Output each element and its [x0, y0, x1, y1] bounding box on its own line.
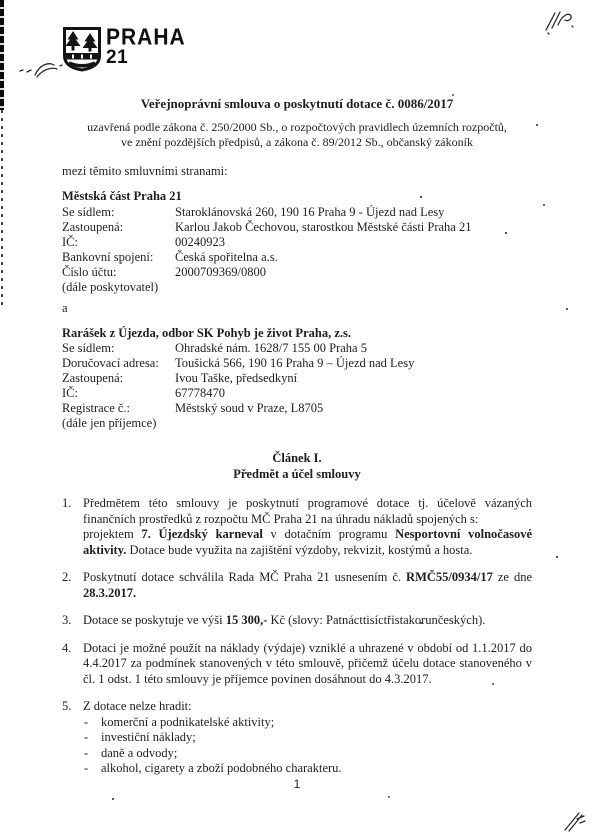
clause-text: Dotaci je možné použít na náklady (výdaj… [83, 641, 532, 688]
document-title: Veřejnoprávní smlouva o poskytnutí dotac… [62, 96, 532, 112]
field-label: Doručovací adresa: [62, 356, 175, 371]
party-detail-row: Se sídlem:Staroklánovská 260, 190 16 Pra… [62, 205, 532, 220]
clause-number: 3. [62, 613, 83, 629]
scanner-edge-artifact-dots [1, 110, 3, 310]
handwritten-mark-top-right-icon [536, 4, 580, 36]
party-detail-row: IČ:00240923 [62, 235, 532, 250]
clause-3: 3. Dotace se poskytuje ve výši 15 300,- … [62, 613, 532, 629]
bullet-dash: - [83, 761, 101, 777]
clause-5: 5. Z dotace nelze hradit: -komerční a po… [62, 699, 532, 777]
field-label: Se sídlem: [62, 205, 175, 220]
field-value: Karlou Jakob Čechovou, starostkou Městsk… [175, 220, 532, 235]
party-detail-row: Bankovní spojení:Česká spořitelna a.s. [62, 250, 532, 265]
between-parties-line: mezi těmito smluvními stranami: [62, 164, 532, 180]
field-value: 67778470 [175, 386, 532, 401]
bullet-item: -investiční náklady; [83, 730, 532, 746]
clause-number: 1. [62, 496, 83, 558]
clause-number: 4. [62, 641, 83, 688]
field-value: Staroklánovská 260, 190 16 Praha 9 - Úje… [175, 205, 532, 220]
bullet-item: -komerční a podnikatelské aktivity; [83, 715, 532, 731]
scanned-contract-page: PRAHA 21 Veřejnoprávní smlouva o poskytn… [0, 0, 594, 840]
bullet-dash: - [83, 715, 101, 731]
clause-text: Předmětem této smlouvy je poskytnutí pro… [83, 496, 532, 558]
clause-text: Dotace se poskytuje ve výši 15 300,- Kč … [83, 613, 532, 629]
logo-text-praha: PRAHA [106, 27, 186, 49]
conjunction-a: a [62, 301, 532, 316]
praha21-logo: PRAHA 21 [62, 0, 532, 76]
field-value: Toušická 566, 190 16 Praha 9 – Újezd nad… [175, 356, 532, 371]
party-detail-row: Doručovací adresa:Toušická 566, 190 16 P… [62, 356, 532, 371]
field-label: Zastoupená: [62, 220, 175, 235]
clause-text: Poskytnutí dotace schválila Rada MČ Prah… [83, 570, 532, 601]
logo-wordmark: PRAHA 21 [106, 28, 186, 67]
numbered-clauses: 1. Předmětem této smlouvy je poskytnutí … [62, 496, 532, 777]
article-number: Článek I. [272, 451, 321, 465]
field-value: 2000709369/0800 [175, 265, 532, 280]
field-label: Bankovní spojení: [62, 250, 175, 265]
party-detail-row: Registrace č.:Městský soud v Praze, L870… [62, 401, 532, 416]
party-detail-row: Se sídlem:Ohradské nám. 1628/7 155 00 Pr… [62, 341, 532, 356]
handwritten-mark-left-icon [16, 56, 68, 84]
field-label: Číslo účtu: [62, 265, 175, 280]
party-detail-row: Zastoupená:Karlou Jakob Čechovou, staros… [62, 220, 532, 235]
field-value: 00240923 [175, 235, 532, 250]
party-detail-row: Zastoupená:Ivou Taške, předsedkyní [62, 371, 532, 386]
field-label: Zastoupená: [62, 371, 175, 386]
clause-5-intro: Z dotace nelze hradit: [83, 699, 532, 715]
scanner-edge-artifact [0, 0, 4, 110]
article-heading: Článek I. Předmět a účel smlouvy [62, 451, 532, 482]
scan-noise-specks [0, 0, 2, 2]
party-detail-row: IČ:67778470 [62, 386, 532, 401]
party-detail-row: Číslo účtu:2000709369/0800 [62, 265, 532, 280]
field-value: Ohradské nám. 1628/7 155 00 Praha 5 [175, 341, 532, 356]
preamble-line-1: uzavřená podle zákona č. 250/2000 Sb., o… [87, 120, 507, 134]
field-label: Se sídlem: [62, 341, 175, 356]
party-recipient-alias: (dále jen příjemce) [62, 416, 532, 431]
field-label: IČ: [62, 235, 175, 250]
field-label: Registrace č.: [62, 401, 175, 416]
clause-2: 2. Poskytnutí dotace schválila Rada MČ P… [62, 570, 532, 601]
party-provider-name: Městská část Praha 21 [62, 189, 532, 205]
clause-number: 2. [62, 570, 83, 601]
party-recipient-block: Rarášek z Újezda, odbor SK Pohyb je živo… [62, 326, 532, 432]
page-number: 1 [0, 777, 594, 793]
field-value: Česká spořitelna a.s. [175, 250, 532, 265]
preamble-line-2: ve znění pozdějších předpisů, a zákona č… [121, 135, 473, 149]
party-recipient-name: Rarášek z Újezda, odbor SK Pohyb je živo… [62, 326, 532, 342]
field-value: Ivou Taške, předsedkyní [175, 371, 532, 386]
handwritten-mark-bottom-right-icon [560, 806, 590, 836]
clause-number: 5. [62, 699, 83, 777]
clause-text: Z dotace nelze hradit: -komerční a podni… [83, 699, 532, 777]
article-subject: Předmět a účel smlouvy [233, 467, 360, 481]
bullet-item: -alkohol, cigarety a zboží podobného cha… [83, 761, 532, 777]
praha21-coat-of-arms-icon [62, 26, 102, 73]
field-label: IČ: [62, 386, 175, 401]
logo-text-21: 21 [106, 48, 186, 67]
bullet-item: -daně a odvody; [83, 746, 532, 762]
bullet-dash: - [83, 730, 101, 746]
bullet-dash: - [83, 746, 101, 762]
field-value: Městský soud v Praze, L8705 [175, 401, 532, 416]
preamble: uzavřená podle zákona č. 250/2000 Sb., o… [62, 120, 532, 150]
party-provider-alias: (dále poskytovatel) [62, 280, 532, 295]
party-provider-block: Městská část Praha 21 Se sídlem:Staroklá… [62, 189, 532, 295]
clause-1: 1. Předmětem této smlouvy je poskytnutí … [62, 496, 532, 558]
clause-4: 4. Dotaci je možné použít na náklady (vý… [62, 641, 532, 688]
